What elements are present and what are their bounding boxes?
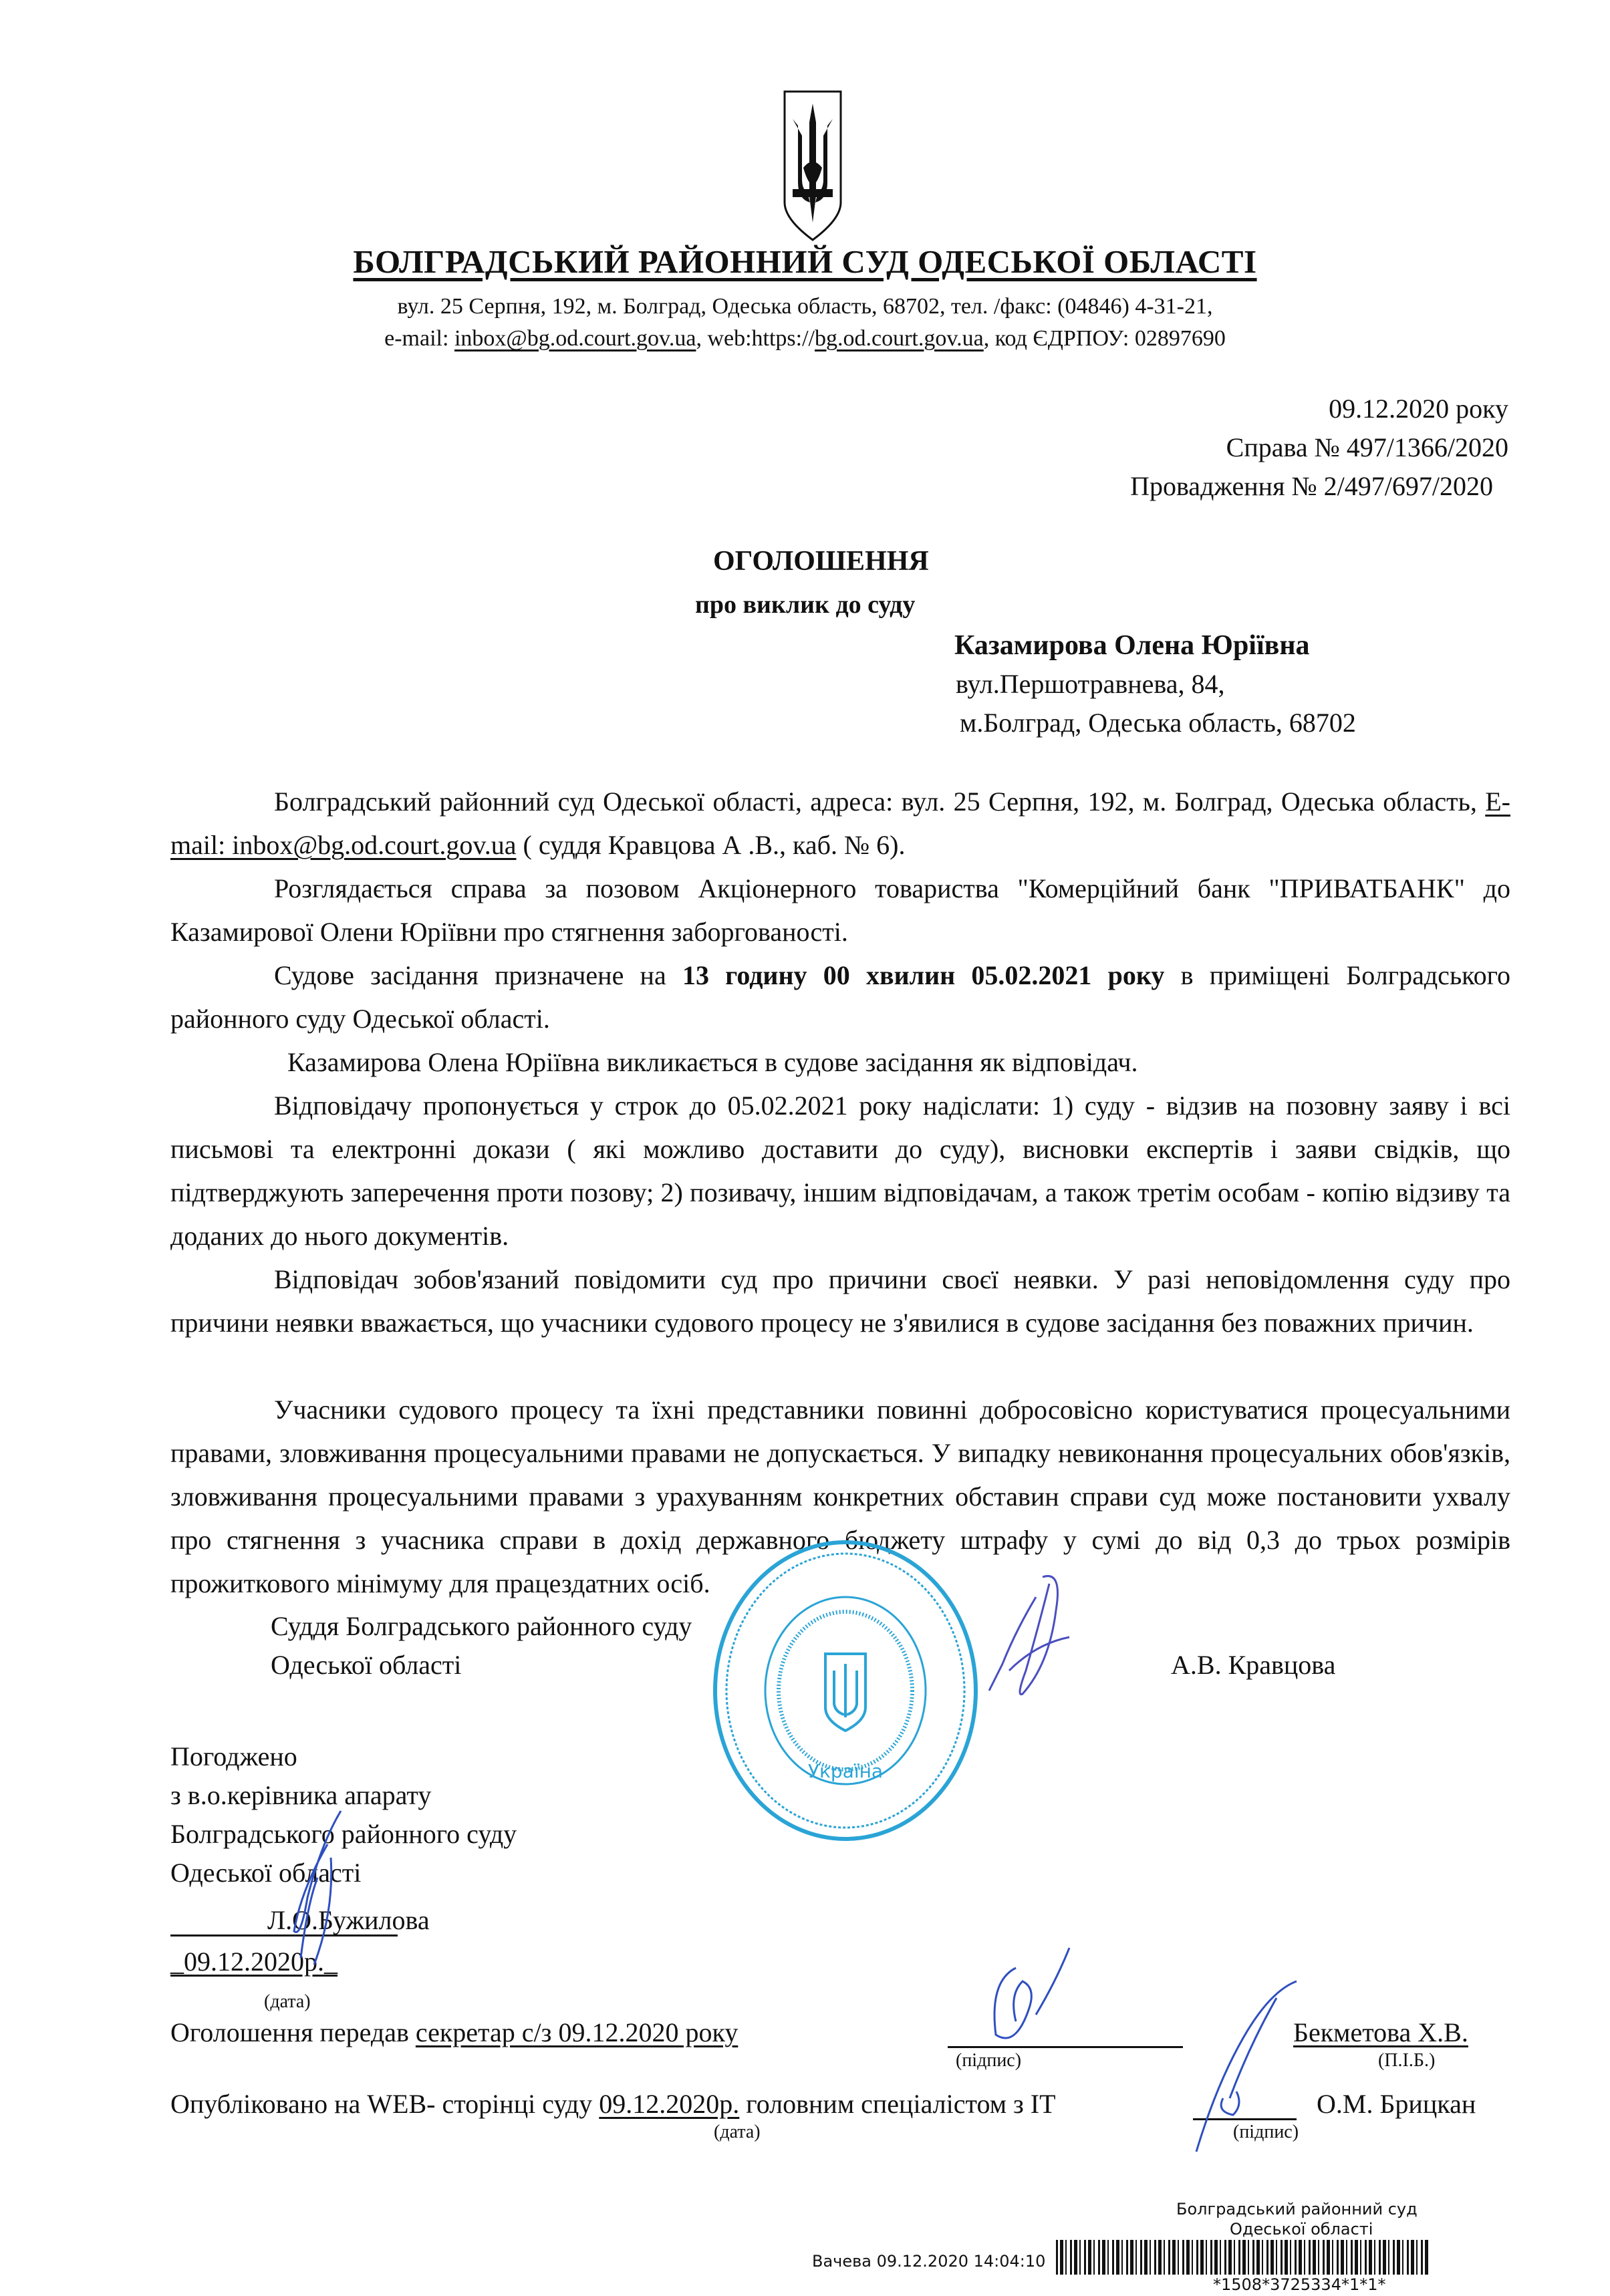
- transfer-value: секретар с/з 09.12.2020 року: [416, 2017, 738, 2047]
- paragraph-case-subject: Розглядається справа за позовом Акціонер…: [170, 867, 1510, 954]
- judge-title-line2: Одеської області: [271, 1649, 461, 1681]
- ukraine-coat-of-arms-icon: [781, 89, 845, 243]
- court-address: вул. 25 Серпня, 192, м. Болград, Одеська…: [0, 294, 1610, 319]
- addressee-name: Казамирова Олена Юріївна: [954, 629, 1310, 662]
- court-website-link[interactable]: bg.od.court.gov.ua: [815, 326, 984, 351]
- it-specialist-signature-icon: [1170, 1978, 1317, 2165]
- transfer-line: Оголошення передав секретар с/з 09.12.20…: [170, 2017, 771, 2048]
- approver-signature-icon: [267, 1804, 374, 1978]
- email-label: e-mail:: [384, 326, 454, 351]
- court-contacts: e-mail: inbox@bg.od.court.gov.ua, web:ht…: [0, 326, 1610, 351]
- court-name-heading: БОЛГРАДСЬКИЙ РАЙОННИЙ СУД ОДЕСЬКОЇ ОБЛАС…: [0, 243, 1610, 281]
- registry-court-line1: Болградський районний суд: [1176, 2200, 1418, 2218]
- addressee-street: вул.Першотравнева, 84,: [956, 668, 1225, 700]
- barcode-number: *1508*3725334*1*1*: [1213, 2275, 1386, 2294]
- web-label: , web:https://: [696, 326, 815, 351]
- svg-text:Україна: Україна: [808, 1760, 883, 1782]
- published-line: Опубліковано на WEB- сторінці суду 09.12…: [170, 2088, 1056, 2120]
- addressee-city: м.Болград, Одеська область, 68702: [960, 707, 1356, 738]
- court-seal-stamp-icon: Україна: [708, 1537, 982, 1844]
- secretary-signature-icon: [976, 1941, 1096, 2055]
- document-date: 09.12.2020 року: [1329, 393, 1508, 424]
- paragraph-summons: Казамирова Олена Юріївна викликається в …: [170, 1040, 1510, 1084]
- registry-court-line2: Одеської області: [1230, 2220, 1373, 2239]
- proceeding-number: Провадження № 2/497/697/2020: [1130, 470, 1493, 502]
- approval-label: Погоджено: [170, 1741, 297, 1772]
- published-date-caption: (дата): [714, 2122, 761, 2143]
- notice-subtitle: про виклик до суду: [695, 590, 915, 619]
- case-number: Справа № 497/1366/2020: [1226, 432, 1508, 463]
- registry-barcode-icon: [1056, 2240, 1430, 2275]
- published-date: 09.12.2020р.: [599, 2089, 739, 2119]
- paragraph-hearing-time: Судове засідання призначене на 13 годину…: [170, 954, 1510, 1040]
- it-specialist-name: О.М. Брицкан: [1317, 2088, 1476, 2120]
- judge-name: А.В. Кравцова: [1171, 1649, 1335, 1681]
- paragraph-absence: Відповідач зобов'язаний повідомити суд п…: [170, 1258, 1510, 1344]
- hearing-datetime: 13 годину 00 хвилин 05.02.2021 року: [682, 960, 1164, 990]
- edrpou-code: , код ЄДРПОУ: 02897690: [984, 326, 1226, 351]
- court-email-link[interactable]: inbox@bg.od.court.gov.ua: [454, 326, 696, 351]
- judge-title-line1: Суддя Болградського районного суду: [271, 1610, 692, 1642]
- approval-date-caption: (дата): [264, 1991, 311, 2013]
- transfer-name-caption: (П.І.Б.): [1378, 2050, 1435, 2071]
- paragraph-defendant-duties: Відповідачу пропонується у строк до 05.0…: [170, 1084, 1510, 1258]
- judge-signature-icon: [949, 1570, 1123, 1711]
- notice-title: ОГОЛОШЕННЯ: [713, 545, 929, 577]
- paragraph-court-info: Болградський районний суд Одеської облас…: [170, 780, 1510, 867]
- transfer-secretary-name: Бекметова Х.В.: [1293, 2017, 1468, 2048]
- registrar-timestamp: Вачева 09.12.2020 14:04:10: [812, 2252, 1045, 2271]
